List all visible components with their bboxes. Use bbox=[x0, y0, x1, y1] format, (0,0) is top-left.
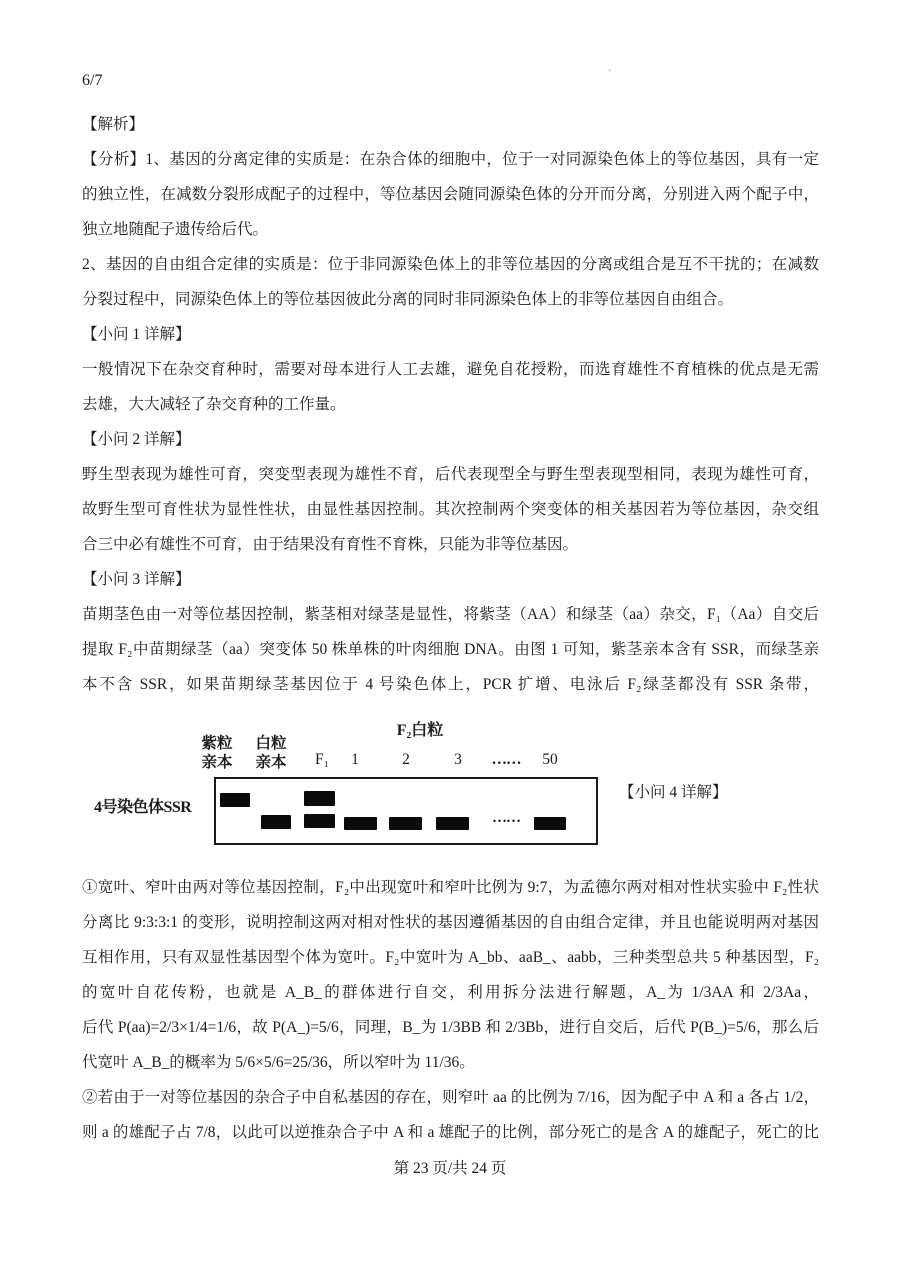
text-line: ①宽叶、窄叶由两对等位基因控制，F₂中出现宽叶和窄叶比例为 9:7，为孟德尔两对… bbox=[82, 876, 819, 902]
text-line: 一般情况下在杂交育种时，需要对母本进行人工去雄，避免自花授粉，而选育雄性不育植株… bbox=[82, 358, 819, 384]
lane-label-3: 3 bbox=[443, 750, 473, 769]
text-line: 分离比 9:3:3:1 的变形，说明控制这两对相对性状的基因遵循基因的自由组合定… bbox=[82, 911, 819, 937]
document-page: 6/7 · 【解析】 【分析】1、基因的分离定律的实质是：在杂合体的细胞中，位于… bbox=[0, 0, 900, 1273]
text-line: ②若由于一对等位基因的杂合子中自私基因的存在，则窄叶 aa 的比例为 7/16，… bbox=[82, 1086, 819, 1112]
heading-subquestion-2: 【小问 2 详解】 bbox=[82, 428, 819, 454]
heading-subquestion-3: 【小问 3 详解】 bbox=[82, 568, 819, 594]
lane-label-purple-parent: 紫粒 亲本 bbox=[189, 734, 245, 772]
lane-label-f1: F₁ bbox=[304, 750, 340, 769]
stray-mark: · bbox=[608, 66, 611, 77]
lane-label-2: 2 bbox=[391, 750, 421, 769]
gel-band-white-parent-bottom bbox=[261, 815, 291, 829]
text-line: 故野生型可育性状为显性性状，由显性基因控制。其次控制两个突变体的相关基因若为等位… bbox=[82, 498, 819, 524]
text-line: 【分析】1、基因的分离定律的实质是：在杂合体的细胞中，位于一对同源染色体上的等位… bbox=[82, 148, 819, 174]
text-line: 分裂过程中，同源染色体上的等位基因彼此分离的同时非同源染色体上的非等位基因自由组… bbox=[82, 288, 819, 314]
text-line: 独立地随配子遗传给后代。 bbox=[82, 218, 819, 244]
lane-label-line: 白粒 bbox=[243, 734, 299, 753]
gel-band-lane50-bottom bbox=[534, 817, 566, 830]
text-line: 则 a 的雄配子占 7/8，以此可以逆推杂合子中 A 和 a 雄配子的比例，部分… bbox=[82, 1121, 819, 1147]
gel-band-f1-top bbox=[304, 791, 335, 806]
text-line: 提取 F₂中苗期绿茎（aa）突变体 50 株单株的叶肉细胞 DNA。由图 1 可… bbox=[82, 638, 819, 664]
text-line: 的宽叶自花传粉，也就是 A_B_的群体进行自交，利用拆分法进行解题，A_为 1/… bbox=[82, 981, 819, 1007]
lane-label-line: 亲本 bbox=[189, 753, 245, 772]
gel-title-f2-white: F₂白粒 bbox=[340, 717, 500, 740]
gel-band-purple-parent-top bbox=[220, 793, 250, 807]
gel-band-lane2-bottom bbox=[389, 817, 422, 830]
lane-label-50: 50 bbox=[532, 750, 568, 769]
text-line: 的独立性，在减数分裂形成配子的过程中，等位基因会随同源染色体的分开而分离，分别进… bbox=[82, 183, 819, 209]
heading-subquestion-1: 【小问 1 详解】 bbox=[82, 323, 819, 349]
lane-label-ellipsis: …… bbox=[476, 750, 536, 769]
page-indicator: 6/7 bbox=[82, 72, 102, 90]
text-line: 合三中必有雄性不可育，由于结果没有育性不育株，只能为非等位基因。 bbox=[82, 533, 819, 559]
lane-label-1: 1 bbox=[340, 750, 370, 769]
gel-band-ellipsis: …… bbox=[476, 810, 536, 827]
gel-box bbox=[214, 777, 598, 845]
text-line: 去雄，大大减轻了杂交育种的工作量。 bbox=[82, 393, 819, 419]
gel-band-lane1-bottom bbox=[344, 817, 377, 830]
text-line: 互相作用，只有双显性基因型个体为宽叶。F₂中宽叶为 A_bb、aaB_、aabb… bbox=[82, 946, 819, 972]
text-line: 本不含 SSR，如果苗期绿茎基因位于 4 号染色体上，PCR 扩增、电泳后 F₂… bbox=[82, 673, 819, 699]
text-line: 2、基因的自由组合定律的实质是：位于非同源染色体上的非等位基因的分离或组合是互不… bbox=[82, 253, 819, 279]
page-footer: 第 23 页/共 24 页 bbox=[0, 1156, 900, 1178]
lane-label-line: 紫粒 bbox=[189, 734, 245, 753]
text-line: 代宽叶 A_B_的概率为 5/6×5/6=25/36，所以窄叶为 11/36。 bbox=[82, 1051, 819, 1077]
gel-band-lane3-bottom bbox=[436, 817, 469, 830]
text-line: 野生型表现为雄性可育，突变型表现为雄性不育，后代表现型全与野生型表现型相同，表现… bbox=[82, 463, 819, 489]
gel-row-label-ssr: 4号染色体SSR bbox=[94, 794, 214, 817]
text-line: 苗期茎色由一对等位基因控制，紫茎相对绿茎是显性，将紫茎（AA）和绿茎（aa）杂交… bbox=[82, 603, 819, 629]
text-line: 后代 P(aa)=2/3×1/4=1/6，故 P(A_)=5/6，同理，B_为 … bbox=[82, 1016, 819, 1042]
gel-band-f1-bottom bbox=[304, 814, 335, 828]
lane-label-white-parent: 白粒 亲本 bbox=[243, 734, 299, 772]
lane-label-line: 亲本 bbox=[243, 753, 299, 772]
heading-analysis: 【解析】 bbox=[82, 113, 819, 139]
heading-subquestion-4: 【小问 4 详解】 bbox=[619, 780, 728, 802]
